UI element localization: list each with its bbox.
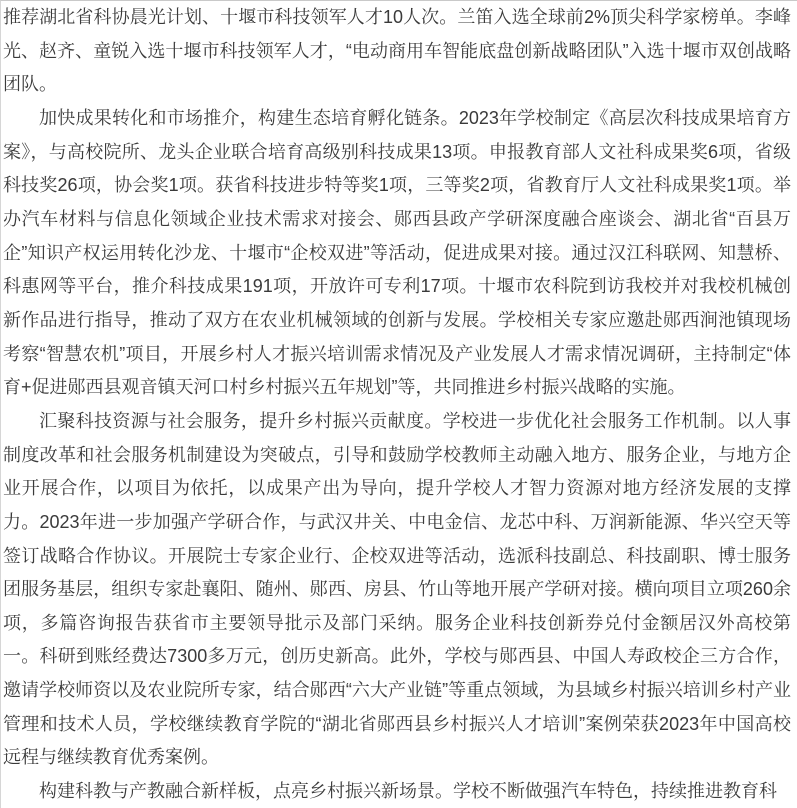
paragraph-continuation: 推荐湖北省科协晨光计划、十堰市科技领军人才10人次。兰笛入选全球前2%顶尖科学家… bbox=[3, 1, 791, 102]
paragraph-integration-model: 构建科教与产教融合新样板，点亮乡村振兴新场景。学校不断做强汽车特色，持续推进教育… bbox=[3, 775, 791, 808]
document-page: 推荐湖北省科协晨光计划、十堰市科技领军人才10人次。兰笛入选全球前2%顶尖科学家… bbox=[0, 0, 797, 808]
paragraph-social-service: 汇聚科技资源与社会服务，提升乡村振兴贡献度。学校进一步优化社会服务工作机制。以人… bbox=[3, 405, 791, 775]
paragraph-achievement-transfer: 加快成果转化和市场推介，构建生态培育孵化链条。2023年学校制定《高层次科技成果… bbox=[3, 102, 791, 405]
